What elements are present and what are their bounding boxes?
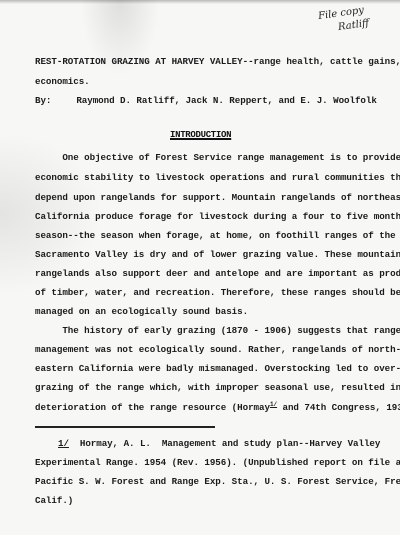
scan-smudge [0, 0, 400, 4]
body-line: One objective of Forest Service range ma… [35, 152, 400, 163]
body-line: The history of early grazing (1870 - 190… [35, 325, 400, 336]
body-line: grazing of the range which, with imprope… [35, 382, 400, 393]
footnote-reference: 1/ [270, 401, 277, 408]
footnote-divider [35, 426, 215, 428]
byline-authors: Raymond D. Ratliff, Jack N. Reppert, and… [76, 95, 377, 106]
body-line: rangelands also support deer and antelop… [35, 268, 400, 279]
body-text: deterioration of the range resource (Hor… [35, 402, 270, 413]
footnote-line-1: 1/ Hormay, A. L. Management and study pl… [58, 438, 380, 449]
body-line: Sacramento Valley is dry and of lower gr… [35, 249, 400, 260]
footnote-text: Hormay, A. L. Management and study plan-… [69, 438, 380, 449]
body-line: California produce forage for livestock … [35, 211, 400, 222]
body-line-with-footnote-ref: deterioration of the range resource (Hor… [35, 401, 400, 413]
body-line: management was not ecologically sound. R… [35, 344, 400, 355]
body-line: of timber, water, and recreation. Theref… [35, 287, 400, 298]
body-line: season--the season when forage, at home,… [35, 230, 396, 241]
footnote-line-2: Experimental Range. 1954 (Rev. 1956). (U… [35, 457, 400, 468]
body-line: eastern California were badly mismanaged… [35, 363, 400, 374]
title-line-1: REST-ROTATION GRAZING AT HARVEY VALLEY--… [35, 56, 400, 67]
body-line: economic stability to livestock operatio… [35, 172, 400, 183]
title-line-2: economics. [35, 76, 90, 87]
body-line: managed on an ecologically sound basis. [35, 306, 248, 317]
byline: By: Raymond D. Ratliff, Jack N. Reppert,… [35, 95, 377, 106]
handwritten-note-line-2: Ratliff [337, 18, 369, 33]
byline-label: By: [35, 95, 51, 106]
body-line: depend upon rangelands for support. Moun… [35, 192, 400, 203]
body-text: and 74th Congress, 1936). [277, 402, 400, 413]
footnote-line-3: Pacific S. W. Forest and Range Exp. Sta.… [35, 476, 400, 487]
footnote-marker: 1/ [58, 438, 69, 449]
footnote-line-4: Calif.) [35, 495, 73, 506]
document-page: File copy Ratliff REST-ROTATION GRAZING … [0, 0, 400, 535]
section-heading: INTRODUCTION [170, 130, 231, 140]
